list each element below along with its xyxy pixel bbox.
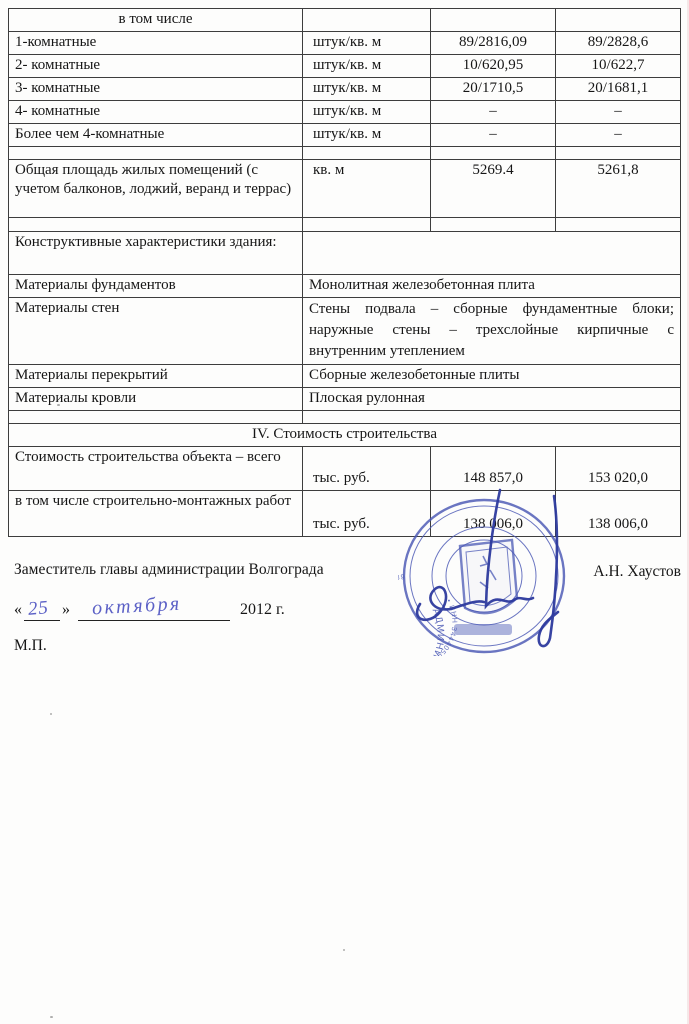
table-row: Материалы стенСтены подвала – сборные фу… <box>9 298 681 365</box>
table-cell: 10/622,7 <box>556 55 681 78</box>
table-row: 2- комнатныештук/кв. м10/620,9510/622,7 <box>9 55 681 78</box>
table-cell <box>556 218 681 232</box>
signature-scrawl <box>402 486 582 658</box>
table-cell: кв. м <box>303 160 431 218</box>
seal-placeholder-label: М.П. <box>14 637 47 655</box>
table-cell: 20/1681,1 <box>556 78 681 101</box>
scan-speck <box>57 404 60 406</box>
table-cell: – <box>431 124 556 147</box>
table-cell <box>303 147 431 160</box>
handwritten-month: октября <box>91 593 182 621</box>
table-cell: – <box>431 101 556 124</box>
table-cell: Конструктивные характеристики здания: <box>9 232 303 275</box>
document-page: в том числе1-комнатныештук/кв. м89/2816,… <box>0 0 689 1024</box>
table-cell <box>9 147 303 160</box>
table-cell: 89/2828,6 <box>556 32 681 55</box>
month-underline <box>78 619 230 621</box>
table-row: Материалы перекрытийСборные железобетонн… <box>9 365 681 388</box>
table-cell: 4- комнатные <box>9 101 303 124</box>
table-cell <box>556 9 681 32</box>
table-cell: тыс. руб. <box>303 447 431 491</box>
table-cell <box>303 232 681 275</box>
table-cell <box>303 9 431 32</box>
date-quote-open: « <box>14 601 22 619</box>
table-cell: 10/620,95 <box>431 55 556 78</box>
table-cell: Материалы фундаментов <box>9 275 303 298</box>
table-cell: 3- комнатные <box>9 78 303 101</box>
handwritten-day: 25 <box>27 597 50 621</box>
table-cell: 153 020,0 <box>556 447 681 491</box>
date-year: 2012 г. <box>240 601 285 619</box>
table-cell: штук/кв. м <box>303 32 431 55</box>
table-cell: Материалы перекрытий <box>9 365 303 388</box>
table-cell: 5269.4 <box>431 160 556 218</box>
table-cell <box>303 411 681 424</box>
scan-speck <box>343 949 345 951</box>
table-cell <box>431 9 556 32</box>
table-cell: штук/кв. м <box>303 101 431 124</box>
table-row: 4- комнатныештук/кв. м–– <box>9 101 681 124</box>
table-cell: Стоимость строительства объекта – всего <box>9 447 303 491</box>
table-cell: 1-комнатные <box>9 32 303 55</box>
table-cell <box>431 218 556 232</box>
table-row <box>9 147 681 160</box>
day-underline <box>24 619 60 621</box>
table-cell: Сборные железобетонные плиты <box>303 365 681 388</box>
table-cell <box>9 411 303 424</box>
table-cell: Монолитная железобетонная плита <box>303 275 681 298</box>
date-quote-close: » <box>62 601 70 619</box>
table-row: в том числе <box>9 9 681 32</box>
table-cell: Плоская рулонная <box>303 388 681 411</box>
table-cell: IV. Стоимость строительства <box>9 424 681 447</box>
scan-speck <box>50 1016 53 1018</box>
table-row: Конструктивные характеристики здания: <box>9 232 681 275</box>
table-cell: Общая площадь жилых помещений (с учетом … <box>9 160 303 218</box>
table-cell <box>303 218 431 232</box>
table-cell: Материалы стен <box>9 298 303 365</box>
table-cell: штук/кв. м <box>303 55 431 78</box>
table-cell: 20/1710,5 <box>431 78 556 101</box>
table-cell: штук/кв. м <box>303 78 431 101</box>
table-row: Общая площадь жилых помещений (с учетом … <box>9 160 681 218</box>
table-cell: Стены подвала – сборные фундаментные бло… <box>303 298 681 365</box>
signatory-title: Заместитель главы администрации Волгогра… <box>14 561 324 579</box>
signatory-name: А.Н. Хаустов <box>593 563 681 581</box>
table-row: 3- комнатныештук/кв. м20/1710,520/1681,1 <box>9 78 681 101</box>
table-row: Стоимость строительства объекта – всегот… <box>9 447 681 491</box>
table-cell: 2- комнатные <box>9 55 303 78</box>
table-row: Более чем 4-комнатныештук/кв. м–– <box>9 124 681 147</box>
table-row: IV. Стоимость строительства <box>9 424 681 447</box>
table-row: 1-комнатныештук/кв. м89/2816,0989/2828,6 <box>9 32 681 55</box>
table-cell: – <box>556 101 681 124</box>
table-cell: Материалы кровли <box>9 388 303 411</box>
table-row <box>9 218 681 232</box>
table-cell <box>9 218 303 232</box>
table-cell <box>556 147 681 160</box>
scan-speck <box>50 713 52 715</box>
table-cell: в том числе строительно-монтажных работ <box>9 491 303 537</box>
table-row: Материалы кровлиПлоская рулонная <box>9 388 681 411</box>
table-cell: 5261,8 <box>556 160 681 218</box>
table-cell: в том числе <box>9 9 303 32</box>
construction-table-body: в том числе1-комнатныештук/кв. м89/2816,… <box>9 9 681 537</box>
table-cell: 89/2816,09 <box>431 32 556 55</box>
table-cell: Более чем 4-комнатные <box>9 124 303 147</box>
construction-table: в том числе1-комнатныештук/кв. м89/2816,… <box>8 8 681 537</box>
table-cell: – <box>556 124 681 147</box>
table-cell <box>431 147 556 160</box>
table-row: Материалы фундаментовМонолитная железобе… <box>9 275 681 298</box>
table-cell: штук/кв. м <box>303 124 431 147</box>
table-row <box>9 411 681 424</box>
table-cell: 148 857,0 <box>431 447 556 491</box>
